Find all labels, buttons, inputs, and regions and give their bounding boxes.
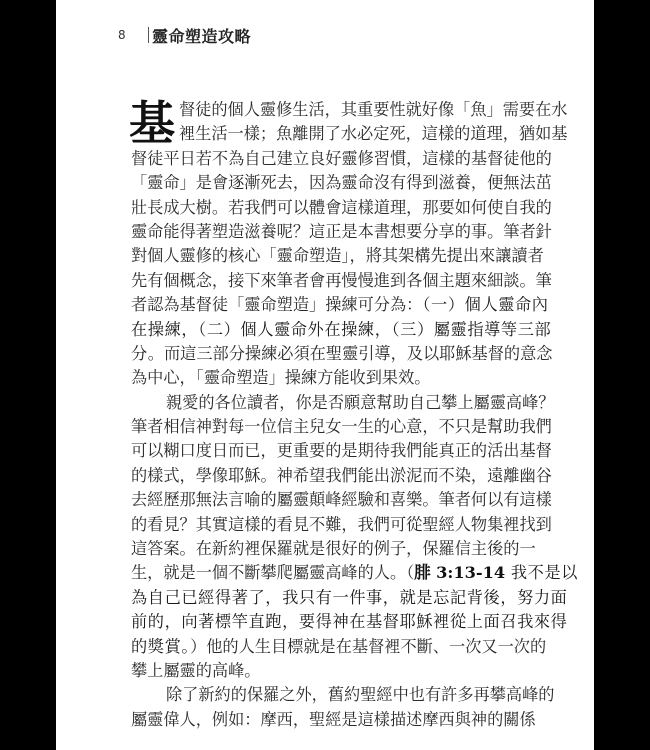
emphasis-run: （一）個人靈命內 — [422, 295, 548, 314]
text-line: 的看見？其實這樣的看見不難，我們可從聖經人物集裡找到 — [131, 513, 506, 537]
text-line: 分。而這三部分操練必須在聖靈引導，及以耶穌基督的意念 — [131, 342, 506, 366]
text-line: 為中心，「靈命塑造」操練方能收到果效。 — [131, 366, 506, 390]
text-line: 除了新約的保羅之外，舊約聖經中也有許多再攀高峰的 — [131, 683, 506, 707]
text-line: 可以糊口度日而已，更重要的是期待我們能真正的活出基督 — [131, 439, 506, 463]
text-line: 先有個概念，接下來筆者會再慢慢進到各個主題來細談。筆 — [131, 269, 506, 293]
text-line: 的獎賞。）他的人生目標就是在基督裡不斷、一次又一次的 — [131, 635, 506, 659]
text-line: 屬靈偉人，例如：摩西，聖經是這樣描述摩西與神的關係 — [131, 708, 506, 732]
scripture-quote: 的獎賞。 — [131, 637, 190, 656]
emphasis-line: 在操練，（二）個人靈命外在操練，（三）屬靈指導等三部 — [131, 318, 506, 342]
book-page: 8 靈命塑造攻略 基 督徒的個人靈修生活，其重要性就好像「魚」需要在水 裡生活一… — [56, 0, 594, 750]
text-line: 壯長成大樹。若我們可以體會這樣道理，那要如何使自我的 — [131, 196, 506, 220]
text-line: 生，就是一個不斷攀爬屬靈高峰的人。（腓 3:13-14 我不是以 — [131, 561, 506, 585]
text-line: 督徒的個人靈修生活，其重要性就好像「魚」需要在水 — [131, 98, 506, 122]
text-run: 生，就是一個不斷攀爬屬靈高峰的人。（ — [131, 563, 414, 582]
book-title: 靈命塑造攻略 — [152, 24, 251, 47]
text-run: 。而這三部分操練必須在聖靈引導，及以耶穌基督的意念 — [148, 344, 553, 363]
text-line: 「靈命」是會逐漸死去，因為靈命沒有得到滋養，便無法茁 — [131, 171, 506, 195]
header-divider — [148, 27, 149, 43]
scripture-reference: 腓 3:13-14 — [414, 563, 505, 582]
emphasis-run: 分 — [131, 344, 148, 363]
scripture-quote-line: 為自己已經得著了，我只有一件事，就是忘記背後，努力面 — [131, 586, 506, 610]
text-line: 的樣式，學像耶穌。神希望我們能出淤泥而不染，遠離幽谷 — [131, 464, 506, 488]
text-line: 這答案。在新約裡保羅就是很好的例子，保羅信主後的一 — [131, 537, 506, 561]
body-text: 基 督徒的個人靈修生活，其重要性就好像「魚」需要在水 裡生活一樣；魚離開了水必定… — [131, 98, 506, 732]
document-viewer: 8 靈命塑造攻略 基 督徒的個人靈修生活，其重要性就好像「魚」需要在水 裡生活一… — [0, 0, 650, 750]
text-line: 攀上屬靈的高峰。 — [131, 659, 506, 683]
text-line: 去經歷那無法言喻的屬靈顛峰經驗和喜樂。筆者何以有這樣 — [131, 488, 506, 512]
drop-cap: 基 — [129, 100, 175, 146]
text-run: 者認為基督徒「靈命塑造」操練可分為： — [131, 295, 422, 314]
text-line: 裡生活一樣；魚離開了水必定死，這樣的道理，猶如基 — [131, 122, 506, 146]
text-line: 者認為基督徒「靈命塑造」操練可分為：（一）個人靈命內 — [131, 293, 506, 317]
text-line: 親愛的各位讀者，你是否願意幫助自己攀上屬靈高峰？ — [131, 391, 506, 415]
scripture-quote-line: 前的，向著標竿直跑，要得神在基督耶穌裡從上面召我來得 — [131, 610, 506, 634]
scripture-quote: 我不是以 — [505, 563, 578, 582]
text-run: ）他的人生目標就是在基督裡不斷、一次又一次的 — [190, 637, 546, 656]
page-number: 8 — [118, 28, 136, 42]
text-line: 筆者相信神對每一位信主兒女一生的心意，不只是幫助我們 — [131, 415, 506, 439]
running-header: 8 靈命塑造攻略 — [118, 24, 251, 46]
text-line: 對個人靈修的核心「靈命塑造」，將其架構先提出來讓讀者 — [131, 244, 506, 268]
text-line: 督徒平日若不為自己建立良好靈修習慣，這樣的基督徒他的 — [131, 147, 506, 171]
text-line: 靈命能得著塑造滋養呢？這正是本書想要分享的事。筆者針 — [131, 220, 506, 244]
